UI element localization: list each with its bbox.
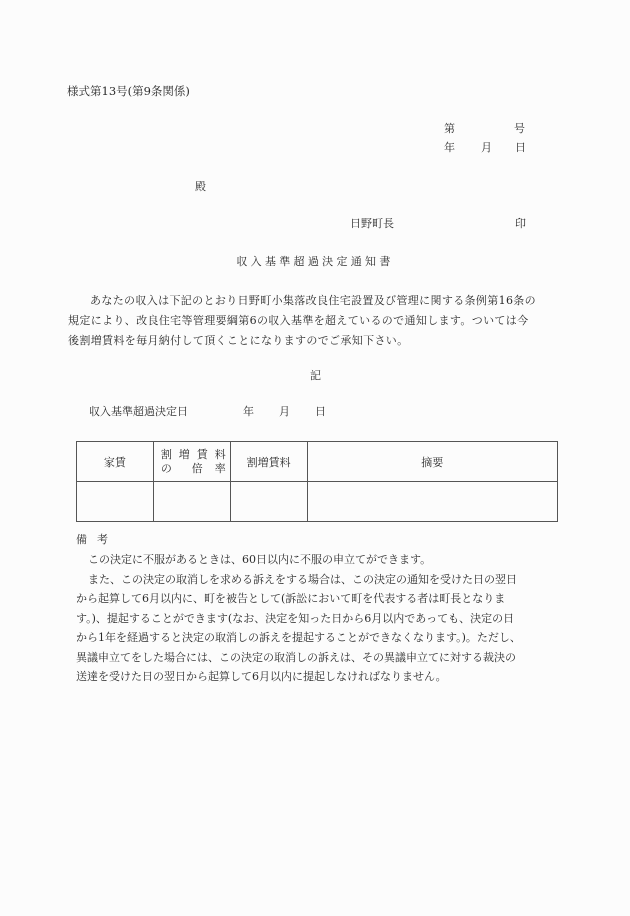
header-remarks: 摘要 <box>307 442 557 482</box>
header-multiplier-char: の <box>161 462 172 476</box>
notes-heading: 備考 <box>76 534 118 545</box>
addressee-honorific: 殿 <box>195 181 206 192</box>
header-multiplier: 割 増 賃 料 の 倍 率 <box>153 442 230 482</box>
notes-section: この決定に不服があるときは、60日以内に不服の申立てができます。 また、この決定… <box>76 550 562 687</box>
header-rent: 家賃 <box>77 442 154 482</box>
header-surcharge: 割増賃料 <box>230 442 307 482</box>
body-line: あなたの収入は下記のとおり日野町小集落改良住宅設置及び管理に関する条例第16条の <box>79 291 559 311</box>
issuer-name: 日野町長 <box>350 218 394 229</box>
table-row <box>77 482 558 522</box>
cell-remarks <box>307 482 557 522</box>
notes-line: また、この決定の取消しを求める訴えをする場合は、この決定の通知を受けた日の翌日 <box>76 570 562 590</box>
notes-line: 送達を受けた日の翌日から起算して6月以内に提起しなければなりません。 <box>76 667 562 687</box>
document-title: 収入基準超過決定通知書 <box>0 256 630 267</box>
header-multiplier-char: 料 <box>215 448 226 462</box>
issue-date-month: 月 <box>481 142 492 153</box>
document-number-label: 第 <box>444 123 455 134</box>
decision-date-year: 年 <box>243 406 254 417</box>
header-multiplier-char: 割 <box>161 448 172 462</box>
decision-date-label: 収入基準超過決定日 <box>89 406 188 417</box>
notes-line: から起算して6月以内に、町を被告として(訴訟において町を代表する者は町長となりま <box>76 589 562 609</box>
body-line: 後割増賃料を毎月納付して頂くことになりますのでご承知下さい。 <box>68 331 559 351</box>
header-multiplier-char: 増 <box>179 448 190 462</box>
cell-surcharge <box>230 482 307 522</box>
notes-line: この決定に不服があるときは、60日以内に不服の申立てができます。 <box>76 550 562 570</box>
header-multiplier-char: 率 <box>215 462 226 476</box>
decision-date-month: 月 <box>279 406 290 417</box>
cell-rent <box>77 482 154 522</box>
ki-heading: 記 <box>310 370 321 381</box>
header-multiplier-char: 倍 <box>192 462 203 476</box>
notes-line: 異議申立てをした場合には、この決定の取消しの訴えは、その異議申立てに対する裁決の <box>76 648 562 668</box>
body-line: 規定により、改良住宅等管理要綱第6の収入基準を超えているので通知します。ついては… <box>68 311 559 331</box>
table-header-row: 家賃 割 増 賃 料 の 倍 率 割増賃料 摘要 <box>77 442 558 482</box>
form-number: 様式第13号(第9条関係) <box>67 86 190 98</box>
notes-line: から1年を経過すると決定の取消しの訴えを提起することができなくなります。)。ただ… <box>76 628 562 648</box>
cell-multiplier <box>153 482 230 522</box>
document-number-suffix: 号 <box>514 123 525 134</box>
decision-date-day: 日 <box>315 406 326 417</box>
issue-date-year: 年 <box>444 142 455 153</box>
seal-mark: 印 <box>515 218 526 229</box>
header-multiplier-char: 賃 <box>197 448 208 462</box>
notes-line: す。)、提起することができます(なお、決定を知った日から6月以内であっても、決定… <box>76 609 562 629</box>
fee-table: 家賃 割 増 賃 料 の 倍 率 割増賃料 摘要 <box>76 441 558 522</box>
issue-date-day: 日 <box>515 142 526 153</box>
body-paragraph: あなたの収入は下記のとおり日野町小集落改良住宅設置及び管理に関する条例第16条の… <box>79 291 559 351</box>
